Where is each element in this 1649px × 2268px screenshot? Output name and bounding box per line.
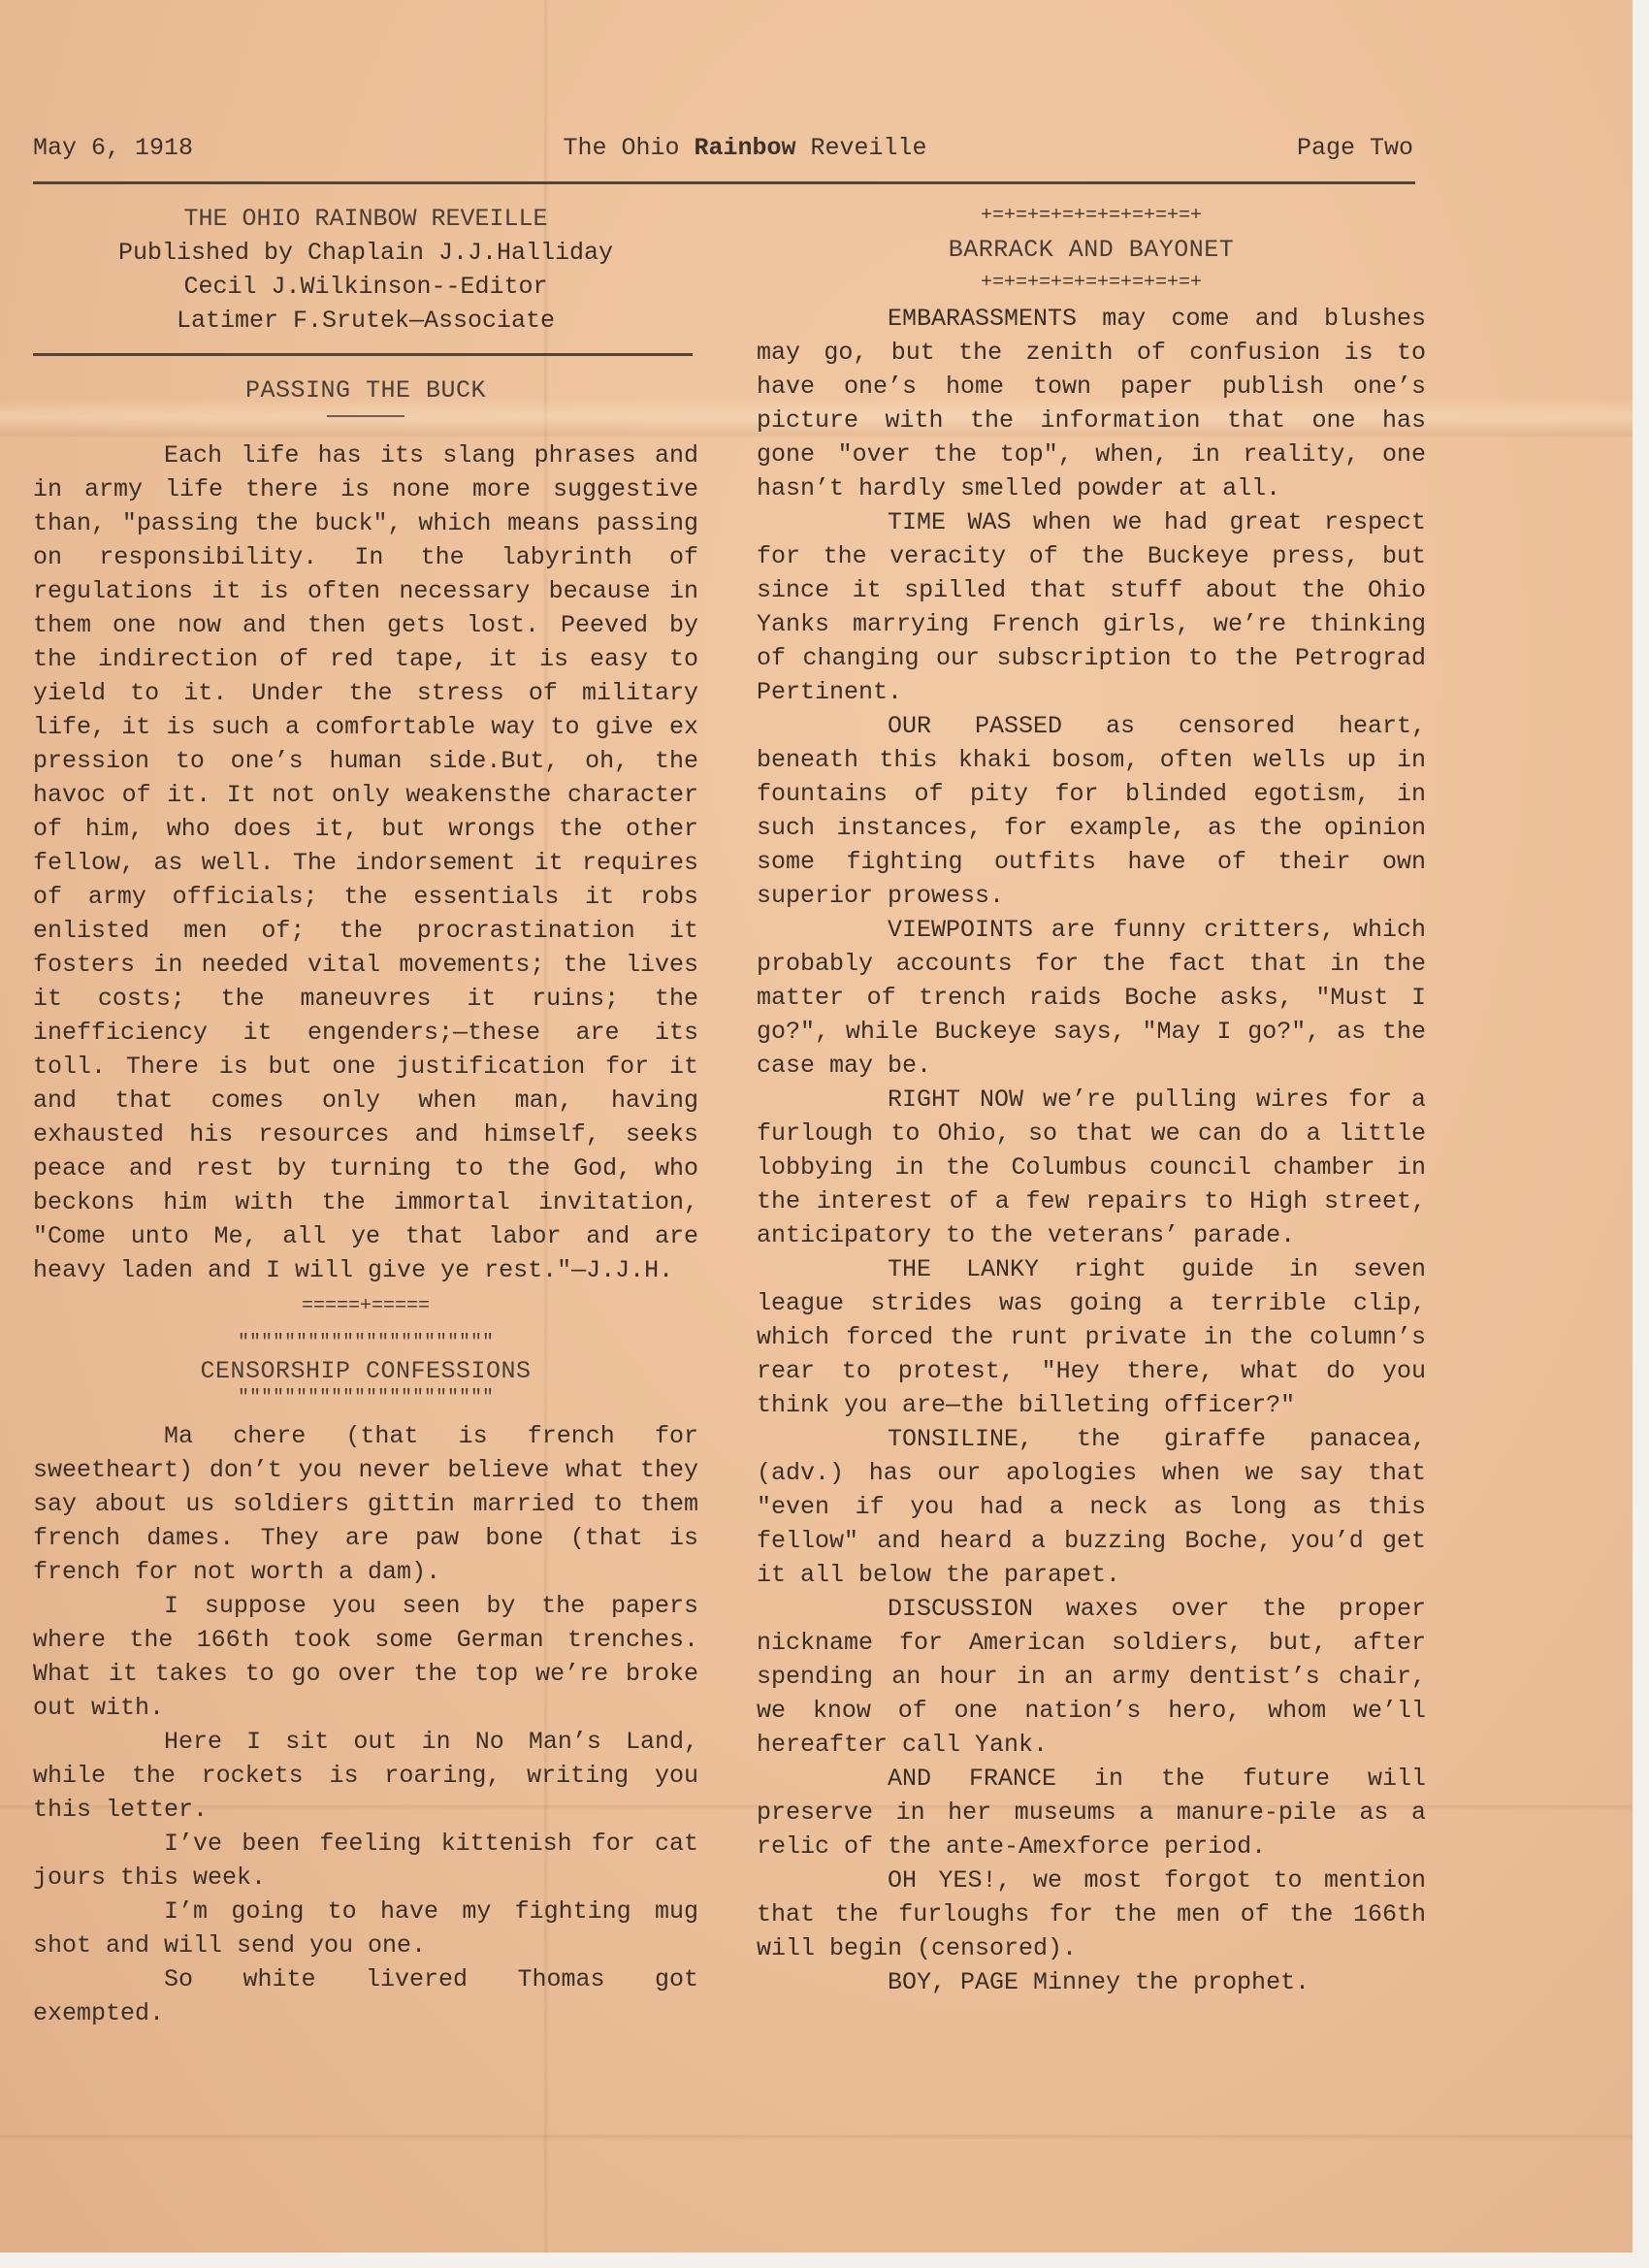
censorship-ornament-top: """""""""""""""""""""" — [33, 1333, 698, 1354]
title-prefix: The Ohio — [563, 134, 694, 162]
barrack-paragraph: VIEWPOINTS are funny critters, which pro… — [757, 913, 1426, 1083]
censorship-paragraph: I’m going to have my fighting mug shot a… — [33, 1895, 698, 1962]
censorship-title: CENSORSHIP CONFESSIONS — [33, 1354, 698, 1388]
editorial-body: Each life has its slang phrases and in a… — [33, 438, 698, 1287]
title-suffix: Reveille — [796, 134, 927, 162]
masthead-associate: Latimer F.Srutek—Associate — [33, 304, 698, 338]
barrack-paragraph: OUR PASSED as censored heart, beneath th… — [757, 709, 1426, 913]
barrack-ornament-top: +=+=+=+=+=+=+=+=+=+ — [757, 204, 1426, 229]
barrack-ornament-bottom: +=+=+=+=+=+=+=+=+=+ — [757, 271, 1426, 296]
title-bold-word: Rainbow — [694, 134, 795, 162]
editorial-end-ornament: =====+===== — [33, 1289, 698, 1323]
barrack-paragraph: OH YES!, we most forgot to mention that … — [757, 1863, 1426, 1965]
barrack-paragraph: DISCUSSION waxes over the proper nicknam… — [757, 1592, 1426, 1762]
censorship-paragraph: I suppose you seen by the papers where t… — [33, 1589, 698, 1725]
header-divider — [33, 181, 1415, 184]
masthead-title: THE OHIO RAINBOW REVEILLE — [33, 202, 698, 236]
censorship-paragraph: So white livered Thomas got exempted. — [33, 1962, 698, 2030]
barrack-paragraph: EMBARASSMENTS may come and blushes may g… — [757, 302, 1426, 505]
editorial-title: PASSING THE BUCK — [33, 373, 698, 407]
barrack-paragraph: RIGHT NOW we’re pulling wires for a furl… — [757, 1083, 1426, 1252]
newsletter-title: The Ohio Rainbow Reveille — [563, 134, 926, 162]
page-number: Page Two — [1297, 134, 1413, 162]
censorship-ornament-bottom: """""""""""""""""""""" — [33, 1388, 698, 1409]
running-header: May 6, 1918 The Ohio Rainbow Reveille Pa… — [33, 134, 1413, 169]
masthead-divider — [33, 353, 693, 356]
right-column: +=+=+=+=+=+=+=+=+=+ BARRACK AND BAYONET … — [757, 204, 1426, 1999]
editorial-title-rule — [327, 415, 404, 417]
issue-date: May 6, 1918 — [33, 134, 193, 162]
masthead-publisher: Published by Chaplain J.J.Halliday — [33, 236, 698, 270]
barrack-paragraph: BOY, PAGE Minney the prophet. — [757, 1965, 1426, 1999]
censorship-paragraph: I’ve been feeling kittenish for cat jour… — [33, 1827, 698, 1895]
barrack-title: BARRACK AND BAYONET — [757, 233, 1426, 267]
barrack-paragraph: TIME WAS when we had great respect for t… — [757, 505, 1426, 709]
censorship-paragraph: Ma chere (that is french for sweetheart)… — [33, 1419, 698, 1589]
masthead-editor: Cecil J.Wilkinson--Editor — [33, 270, 698, 304]
newsletter-page: May 6, 1918 The Ohio Rainbow Reveille Pa… — [0, 0, 1633, 2252]
barrack-paragraph: THE LANKY right guide in seven league st… — [757, 1252, 1426, 1422]
barrack-paragraph: AND FRANCE in the future will preserve i… — [757, 1762, 1426, 1863]
masthead: THE OHIO RAINBOW REVEILLE Published by C… — [33, 202, 698, 338]
left-column: THE OHIO RAINBOW REVEILLE Published by C… — [33, 194, 698, 2030]
censorship-paragraph: Here I sit out in No Man’s Land, while t… — [33, 1725, 698, 1827]
barrack-paragraph: TONSILINE, the giraffe panacea, (adv.) h… — [757, 1422, 1426, 1592]
